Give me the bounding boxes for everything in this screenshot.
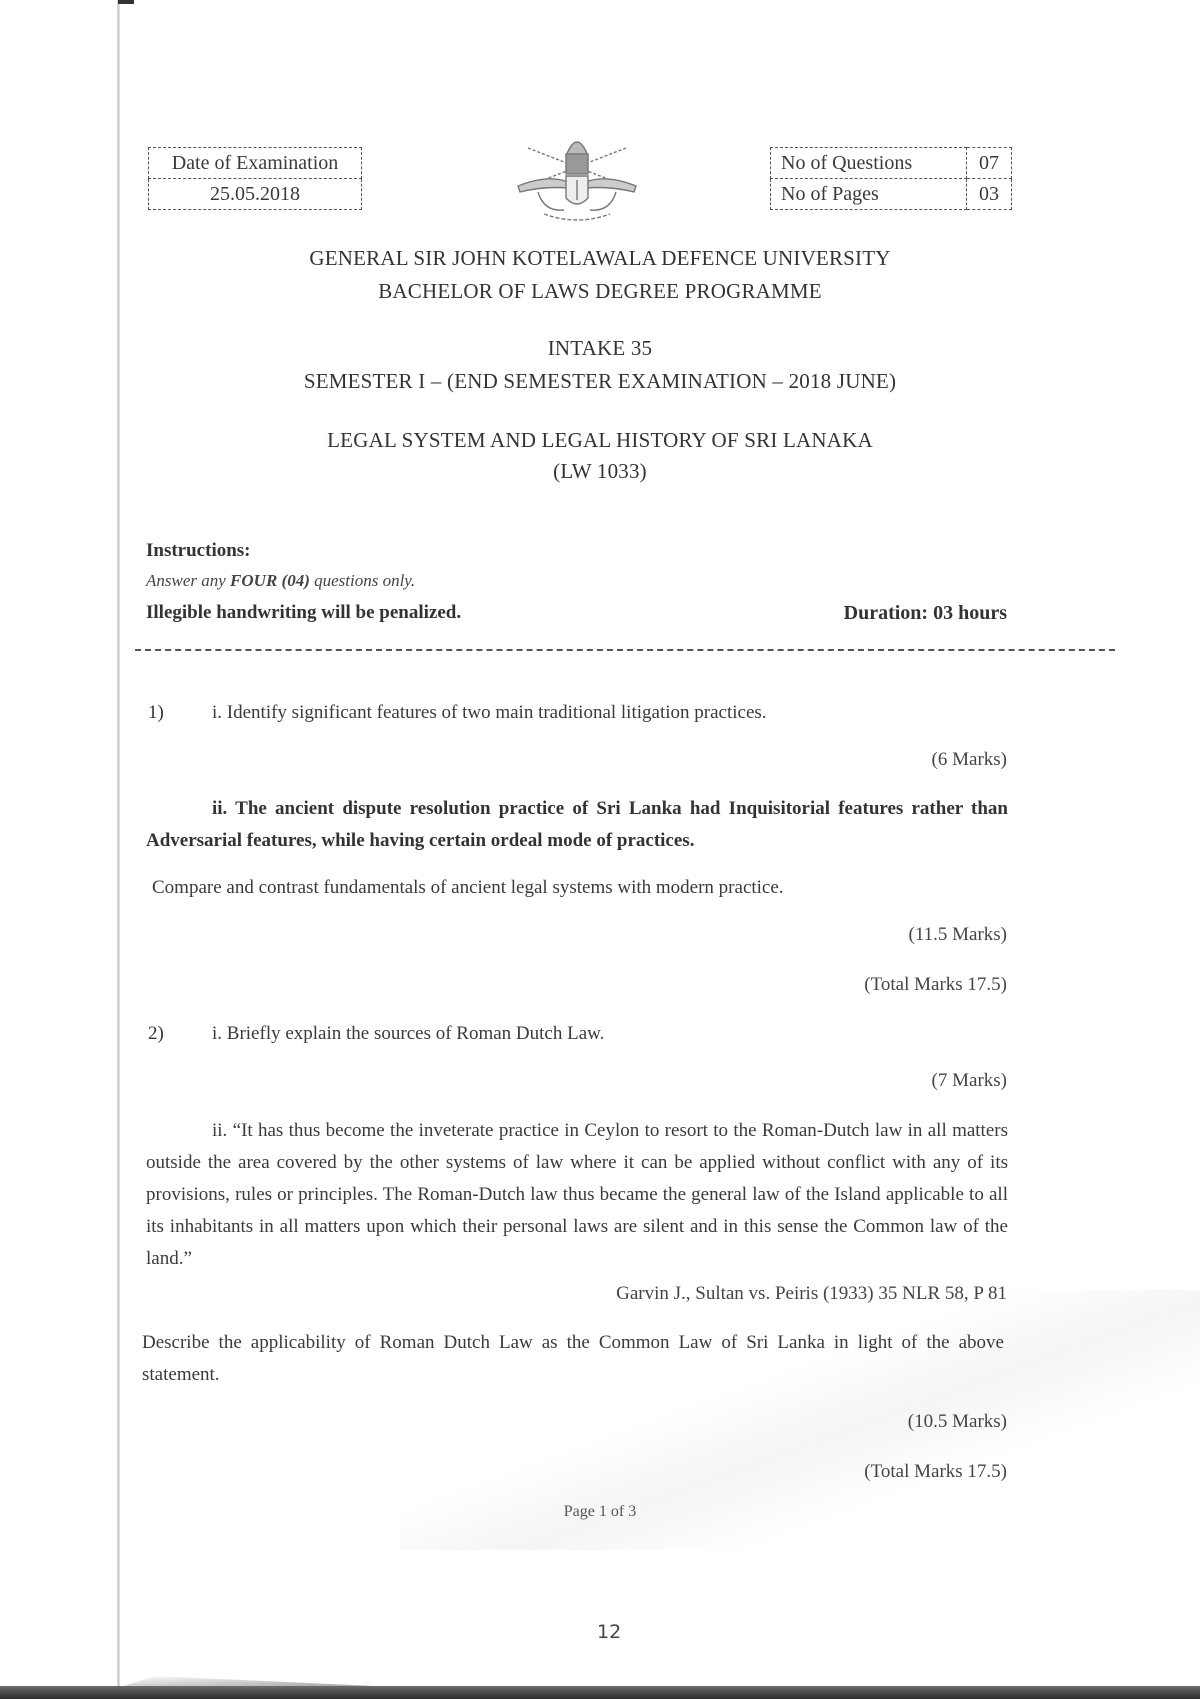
instruction-handwriting: Illegible handwriting will be penalized.	[146, 602, 461, 624]
programme-name: BACHELOR OF LAWS DEGREE PROGRAMME	[0, 279, 1200, 304]
question-2-number: 2)	[148, 1023, 164, 1045]
scan-bottom-edge	[0, 1686, 1200, 1699]
university-name: GENERAL SIR JOHN KOTELAWALA DEFENCE UNIV…	[0, 246, 1200, 271]
question-1-number: 1)	[148, 702, 164, 724]
question-2-quote: ii. “It has thus become the inveterate p…	[146, 1115, 1008, 1275]
question-2-part-i: i. Briefly explain the sources of Roman …	[212, 1023, 604, 1045]
question-2-citation: Garvin J., Sultan vs. Peiris (1933) 35 N…	[616, 1283, 1007, 1305]
question-1-part-i-marks: (6 Marks)	[932, 749, 1007, 771]
question-1-part-ii-marks: (11.5 Marks)	[909, 924, 1008, 946]
scan-smudge	[118, 0, 134, 4]
question-2-total-marks: (Total Marks 17.5)	[864, 1461, 1007, 1483]
date-value: 25.05.2018	[149, 179, 362, 210]
question-1-part-ii-task: Compare and contrast fundamentals of anc…	[152, 872, 1014, 904]
question-2-part-ii-task: Describe the applicability of Roman Dutc…	[142, 1327, 1004, 1391]
course-title: LEGAL SYSTEM AND LEGAL HISTORY OF SRI LA…	[0, 428, 1200, 453]
page-number: Page 1 of 3	[0, 1503, 1200, 1521]
question-1-part-i: i. Identify significant features of two …	[212, 702, 767, 724]
handwritten-page-mark: 12	[597, 1621, 621, 1643]
instruction-answer-four: Answer any FOUR (04) questions only.	[146, 571, 415, 591]
pages-label: No of Pages	[771, 179, 967, 210]
question-1-total-marks: (Total Marks 17.5)	[864, 974, 1007, 996]
date-label: Date of Examination	[149, 148, 362, 179]
instructions-heading: Instructions:	[146, 540, 251, 562]
intake: INTAKE 35	[0, 336, 1200, 361]
exam-count-box: No of Questions 07 No of Pages 03	[770, 147, 1012, 210]
instruction-emphasis: FOUR (04)	[230, 571, 310, 590]
exam-duration: Duration: 03 hours	[844, 602, 1007, 625]
questions-value: 07	[967, 148, 1012, 179]
course-code: (LW 1033)	[0, 459, 1200, 484]
university-crest-icon	[508, 126, 646, 230]
pages-value: 03	[967, 179, 1012, 210]
section-divider	[135, 649, 1115, 651]
question-2-part-ii-marks: (10.5 Marks)	[908, 1411, 1007, 1433]
questions-label: No of Questions	[771, 148, 967, 179]
instruction-text: Answer any	[146, 571, 230, 590]
semester: SEMESTER I – (END SEMESTER EXAMINATION –…	[0, 369, 1200, 394]
instruction-text: questions only.	[310, 571, 415, 590]
question-1-part-ii-statement: ii. The ancient dispute resolution pract…	[146, 793, 1008, 857]
question-2-part-i-marks: (7 Marks)	[932, 1070, 1007, 1092]
exam-date-box: Date of Examination 25.05.2018	[148, 147, 362, 210]
